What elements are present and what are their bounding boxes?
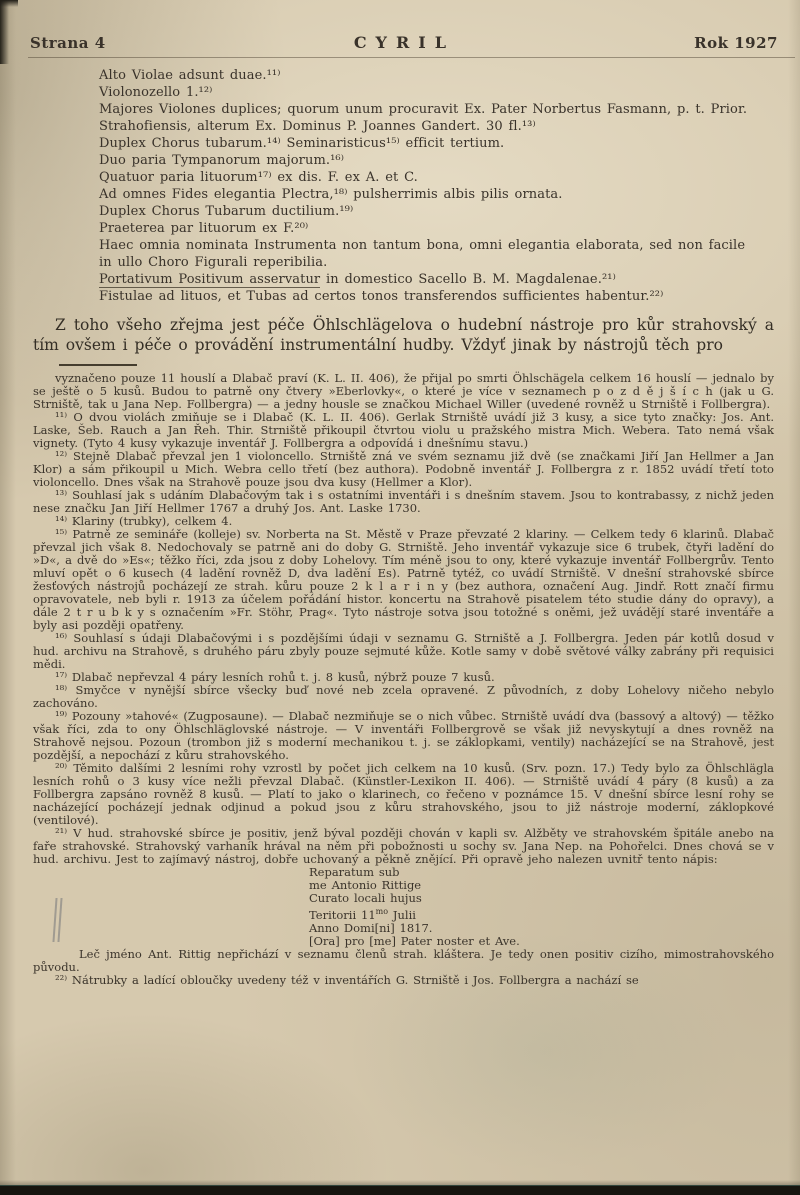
latin-inventory-list: Alto Violae adsunt duae.¹¹⁾ Violonozello… — [99, 67, 749, 305]
organ-inscription: Reparatum sub me Antonio Rittige Curato … — [309, 866, 774, 948]
footnote-12: ¹²⁾ Stejně Dlabač převzal jen 1 violonce… — [33, 450, 774, 489]
footnote-19: ¹⁹⁾ Pozouny »tahové« (Zugposaune). — Dla… — [33, 710, 774, 762]
lead-paragraph: Z toho všeho zřejma jest péče Öhlschläge… — [33, 316, 774, 355]
latin-line: Violonozello 1.¹²⁾ — [99, 84, 749, 101]
latin-line-rest: in domestico Sacello B. M. Magdalenae.²¹… — [320, 272, 616, 287]
latin-line-portativum: Portativum Positivum asservatur in domes… — [99, 271, 749, 288]
lead-paragraph-block: Z toho všeho zřejma jest péče Öhlschläge… — [33, 316, 774, 355]
inscription-line: Teritorii 11mo Julii — [309, 905, 774, 922]
latin-line: Duplex Chorus tubarum.¹⁴⁾ Seminaristicus… — [99, 135, 749, 152]
latin-line: Duplex Chorus Tubarum ductilium.¹⁹⁾ — [99, 203, 749, 220]
scan-edge-shadow-left — [0, 0, 9, 64]
footnote-13: ¹³⁾ Souhlasí jak s udáním Dlabačovým tak… — [33, 489, 774, 515]
latin-line: Fistulae ad lituos, et Tubas ad certos t… — [99, 288, 749, 305]
latin-line: Praeterea par lituorum ex F.²⁰⁾ — [99, 220, 749, 237]
footnote-separator-rule — [59, 364, 137, 366]
page-header: Strana 4 CYRIL Rok 1927 — [30, 33, 778, 52]
footnote-18: ¹⁸⁾ Smyčce v nynější sbírce všecky buď n… — [33, 684, 774, 710]
journal-title: CYRIL — [345, 33, 455, 52]
latin-line: Duo paria Tympanorum majorum.¹⁶⁾ — [99, 152, 749, 169]
underlined-phrase: Portativum Positivum asservatur — [99, 272, 320, 288]
latin-line: Quatuor paria lituorum¹⁷⁾ ex dis. F. ex … — [99, 169, 749, 186]
footnote-11: ¹¹⁾ O dvou violách zmiňuje se i Dlabač (… — [33, 411, 774, 450]
footnote-16: ¹⁶⁾ Souhlasí s údaji Dlabačovými i s poz… — [33, 632, 774, 671]
inscription-line: Anno Domi[ni] 1817. — [309, 922, 774, 935]
inscription-line-part: Teritorii 11 — [309, 908, 376, 922]
latin-line: Majores Violones duplices; quorum unum p… — [99, 101, 749, 135]
page-number-label: Strana 4 — [30, 34, 106, 52]
year-label: Rok 1927 — [694, 34, 778, 52]
scan-bottom-edge — [0, 1185, 800, 1195]
footnote-20: ²⁰⁾ Těmito dalšími 2 lesními rohy vzrost… — [33, 762, 774, 827]
inscription-superscript: mo — [376, 907, 388, 916]
footnote-21: ²¹⁾ V hud. strahovské sbírce je positiv,… — [33, 827, 774, 866]
latin-line: Haec omnia nominata Instrumenta non tant… — [99, 237, 749, 271]
inscription-line: Curato locali hujus — [309, 892, 774, 905]
header-rule — [28, 57, 795, 58]
inscription-line-part: Julii — [388, 908, 416, 922]
latin-line: Ad omnes Fides elegantia Plectra,¹⁸⁾ pul… — [99, 186, 749, 203]
footnote-21-closing: Leč jméno Ant. Rittig nepřichází v sezna… — [33, 948, 774, 974]
footnote-continuation: vyznačeno pouze 11 houslí a Dlabač praví… — [33, 372, 774, 411]
footnote-22: ²²⁾ Nátrubky a ladící obloučky uvedeny t… — [33, 974, 774, 987]
scan-edge-shadow-top — [0, 0, 18, 7]
inscription-line: [Ora] pro [me] Pater noster et Ave. — [309, 935, 774, 948]
footnote-15: ¹⁵⁾ Patrně ze semináře (kolleje) sv. Nor… — [33, 528, 774, 632]
latin-line: Alto Violae adsunt duae.¹¹⁾ — [99, 67, 749, 84]
footnotes-block: vyznačeno pouze 11 houslí a Dlabač praví… — [33, 372, 774, 987]
